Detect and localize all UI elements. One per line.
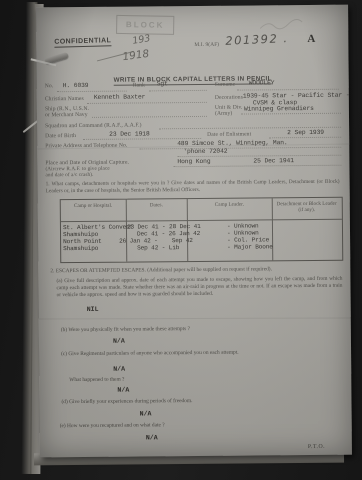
unit-value: Winnipeg Grenadiers — [244, 105, 314, 113]
leader-cell: - Major Boone — [227, 243, 273, 250]
enlistment-rule — [269, 137, 341, 139]
date-of-birth-label: Date of Birth — [45, 133, 76, 139]
form-sheet: CONFIDENTIAL BLOCK 193 1918 M.I. 9(AF) 2… — [36, 5, 352, 458]
unit-rule — [241, 113, 341, 115]
mi9-label: M.I. 9(AF) — [194, 42, 219, 48]
rank-label: Rank — [133, 82, 145, 88]
surname-value: WOODLEY — [249, 79, 275, 86]
question-2c-text: (c) Give Regimental particulars of anyon… — [61, 349, 341, 358]
question-2d-text: (d) Give briefly your experiences during… — [61, 397, 341, 406]
rank-value: Sgt — [157, 80, 168, 87]
no-value: H. 6039 — [63, 82, 89, 89]
answer-2b: N/A — [113, 338, 125, 345]
christian-names-rule — [87, 102, 207, 104]
mi9-reference-number: 201392 . — [225, 31, 289, 48]
christian-names-label: Christian Names — [45, 96, 84, 102]
table-header-leader: Camp Leader. — [187, 201, 271, 208]
answer-2c: N/A — [113, 366, 125, 373]
confidential-stamp: CONFIDENTIAL — [54, 37, 111, 47]
camp-cell: Shamshuipo — [63, 245, 98, 252]
question-2c2-text: What happened to them ? — [69, 375, 269, 383]
capture-place-value: Hong Kong — [177, 158, 210, 165]
question-1-text: 1. What camps, detachments or hospitals … — [46, 179, 340, 195]
no-label: No. — [45, 83, 54, 89]
page-turn-over: P.T.O. — [308, 444, 325, 450]
question-2a-text: (a) Give full description and approx. da… — [56, 276, 342, 299]
table-header-camp: Camp or Hospital. — [61, 203, 126, 210]
enlistment-value: 2 Sep 1939 — [287, 129, 324, 136]
decorations-label: Decorations — [215, 95, 243, 101]
document-photo: CONFIDENTIAL BLOCK 193 1918 M.I. 9(AF) 2… — [0, 0, 362, 480]
address-label: Private Address and Telephone No. — [45, 143, 127, 150]
capture-date-value: 25 Dec 1941 — [253, 157, 294, 164]
capture-rule — [173, 165, 341, 167]
capture-label-line3: and date of a/c crash). — [45, 172, 93, 178]
camp-table: Camp or Hospital. Dates. Camp Leader. De… — [60, 197, 344, 263]
answer-2c2: N/A — [117, 387, 129, 394]
christian-names-value: Kenneth Baxter — [94, 93, 146, 100]
ship-label-line2: or Merchant Navy — [45, 112, 88, 118]
pencil-number-1: 193 — [132, 33, 152, 47]
rank-rule — [149, 90, 207, 92]
paper-crease — [39, 317, 351, 319]
phone-value: 'phone 72042 — [183, 148, 227, 155]
unit-label-line2: (Army) — [215, 111, 232, 117]
answer-2e: N/A — [146, 434, 158, 441]
question-2e-text: (e) How were you recaptured and on what … — [60, 421, 340, 430]
block-stamp: BLOCK — [116, 15, 174, 35]
answer-2d: N/A — [140, 410, 152, 417]
table-row: Shamshuipo Sep 42 - Lib - Major Boone — [61, 243, 342, 252]
table-header-dates: Dates. — [125, 202, 187, 209]
mi9-suffix-letter: A — [307, 33, 315, 45]
address-value: 489 Simcoe St., Winnipeg, Man. — [177, 139, 287, 147]
answer-2a: NIL — [87, 306, 99, 313]
ship-rule — [92, 116, 207, 118]
date-of-birth-value: 23 Dec 1918 — [109, 130, 150, 137]
question-2-heading: 2. ESCAPES OR ATTEMPTED ESCAPES. (Additi… — [50, 266, 340, 275]
pencil-number-2: 1918 — [122, 48, 150, 63]
table-header-row: Camp or Hospital. Dates. Camp Leader. De… — [61, 198, 342, 222]
squadron-label: Squadron and Command (R.A.F., A.A.F.) — [45, 122, 142, 129]
surname-label: Surname — [215, 82, 236, 88]
pencil-scribble — [258, 18, 304, 32]
address-rule-1 — [139, 147, 341, 150]
surname-rule — [237, 89, 339, 91]
question-2b-text: (b) Were you physically fit when you mad… — [61, 325, 341, 334]
table-header-block-leader: Detachment or Block Leader (if any). — [271, 201, 341, 214]
dates-cell: Sep 42 - Lib — [137, 244, 179, 251]
enlistment-label: Date of Enlistment — [207, 131, 251, 137]
no-rule — [57, 91, 127, 93]
